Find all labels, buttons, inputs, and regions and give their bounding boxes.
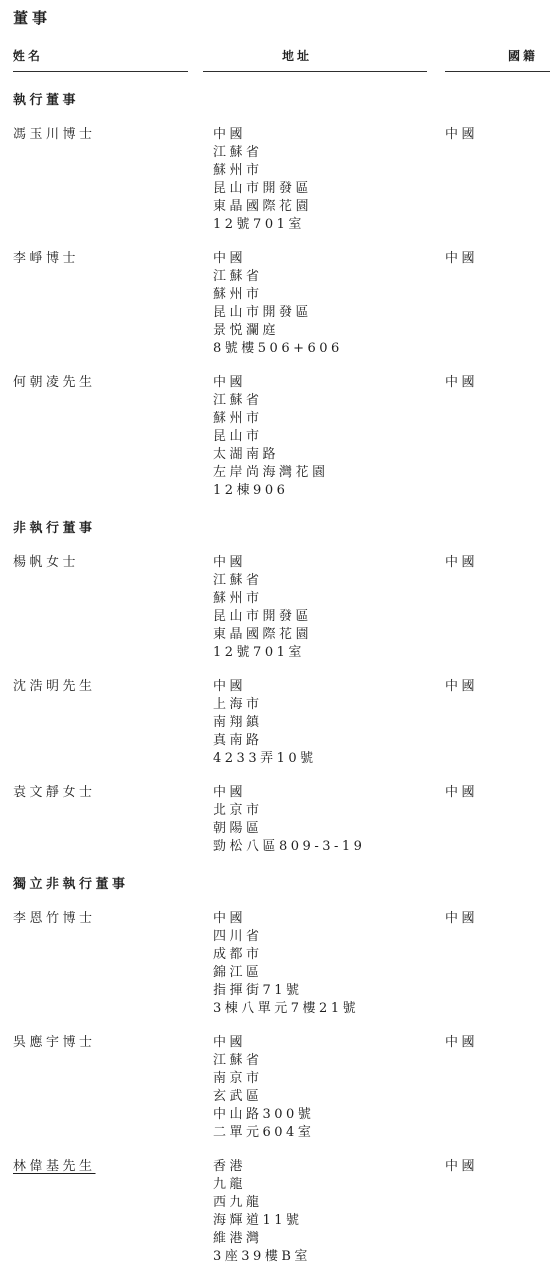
director-row: 楊帆女士 中國江蘇省蘇州市昆山市開發區東晶國際花園12號701室 中國: [13, 554, 550, 662]
address-line: 錦江區: [213, 964, 445, 982]
director-name: 袁文靜女士: [13, 784, 203, 856]
director-row: 林偉基先生 香港九龍西九龍海輝道11號維港灣3座39樓B室 中國: [13, 1158, 550, 1266]
address-line: 北京市: [213, 802, 445, 820]
address-line: 維港灣: [213, 1230, 445, 1248]
address-line: 海輝道11號: [213, 1212, 445, 1230]
section-independent-non-executive-directors: 獨立非執行董事 李恩竹博士 中國四川省成都市錦江區指揮街71號3棟八單元7樓21…: [13, 876, 550, 1266]
address-line: 昆山市開發區: [213, 180, 445, 198]
address-line: 中山路300號: [213, 1106, 445, 1124]
section-heading: 非執行董事: [13, 520, 550, 538]
address-line: 蘇州市: [213, 590, 445, 608]
address-line: 江蘇省: [213, 392, 445, 410]
section-heading: 執行董事: [13, 92, 550, 110]
director-address: 中國江蘇省南京市玄武區中山路300號二單元604室: [203, 1034, 445, 1142]
director-nationality: 中國: [445, 250, 550, 358]
director-nationality: 中國: [445, 1158, 550, 1266]
director-address: 中國江蘇省蘇州市昆山市開發區景悦瀾庭8號樓506+606: [203, 250, 445, 358]
address-line: 江蘇省: [213, 268, 445, 286]
director-name: 李恩竹博士: [13, 910, 203, 1018]
address-line: 中國: [213, 1034, 445, 1052]
directors-page: 董事 姓名 地址 國籍 執行董事 馮玉川博士 中國江蘇省蘇州市昆山市開發區東晶國…: [0, 0, 550, 1266]
table-header: 姓名 地址 國籍: [13, 47, 550, 72]
column-header-address: 地址: [203, 47, 427, 72]
address-line: 東晶國際花園: [213, 626, 445, 644]
director-row: 袁文靜女士 中國北京市朝陽區勁松八區809-3-19 中國: [13, 784, 550, 856]
director-row: 何朝凌先生 中國江蘇省蘇州市昆山市太湖南路左岸尚海灣花園12棟906 中國: [13, 374, 550, 500]
address-line: 3棟八單元7樓21號: [213, 1000, 445, 1018]
address-line: 中國: [213, 250, 445, 268]
director-address: 中國上海市南翔鎮真南路4233弄10號: [203, 678, 445, 768]
address-line: 景悦瀾庭: [213, 322, 445, 340]
director-row: 吳應宇博士 中國江蘇省南京市玄武區中山路300號二單元604室 中國: [13, 1034, 550, 1142]
address-line: 昆山市開發區: [213, 608, 445, 626]
director-name: 沈浩明先生: [13, 678, 203, 768]
column-header-nationality: 國籍: [445, 47, 550, 72]
director-nationality: 中國: [445, 784, 550, 856]
column-header-name: 姓名: [13, 47, 188, 72]
address-line: 12號701室: [213, 216, 445, 234]
section-non-executive-directors: 非執行董事 楊帆女士 中國江蘇省蘇州市昆山市開發區東晶國際花園12號701室 中…: [13, 520, 550, 856]
address-line: 中國: [213, 554, 445, 572]
address-line: 蘇州市: [213, 162, 445, 180]
address-line: 江蘇省: [213, 1052, 445, 1070]
address-line: 四川省: [213, 928, 445, 946]
address-line: 二單元604室: [213, 1124, 445, 1142]
director-name: 馮玉川博士: [13, 126, 203, 234]
address-line: 12棟906: [213, 482, 445, 500]
address-line: 勁松八區809-3-19: [213, 838, 445, 856]
address-line: 中國: [213, 126, 445, 144]
director-row: 馮玉川博士 中國江蘇省蘇州市昆山市開發區東晶國際花園12號701室 中國: [13, 126, 550, 234]
address-line: 玄武區: [213, 1088, 445, 1106]
director-name: 李崢博士: [13, 250, 203, 358]
address-line: 江蘇省: [213, 144, 445, 162]
director-address: 中國北京市朝陽區勁松八區809-3-19: [203, 784, 445, 856]
address-line: 朝陽區: [213, 820, 445, 838]
address-line: 昆山市開發區: [213, 304, 445, 322]
address-line: 九龍: [213, 1176, 445, 1194]
address-line: 中國: [213, 910, 445, 928]
address-line: 上海市: [213, 696, 445, 714]
director-nationality: 中國: [445, 374, 550, 500]
address-line: 中國: [213, 678, 445, 696]
address-line: 真南路: [213, 732, 445, 750]
page-title: 董事: [13, 9, 550, 27]
address-line: 東晶國際花園: [213, 198, 445, 216]
address-line: 昆山市: [213, 428, 445, 446]
director-address: 中國江蘇省蘇州市昆山市開發區東晶國際花園12號701室: [203, 554, 445, 662]
address-line: 太湖南路: [213, 446, 445, 464]
address-line: 蘇州市: [213, 410, 445, 428]
director-nationality: 中國: [445, 910, 550, 1018]
director-address: 中國江蘇省蘇州市昆山市開發區東晶國際花園12號701室: [203, 126, 445, 234]
director-name: 楊帆女士: [13, 554, 203, 662]
address-line: 左岸尚海灣花園: [213, 464, 445, 482]
address-line: 南翔鎮: [213, 714, 445, 732]
director-nationality: 中國: [445, 1034, 550, 1142]
address-line: 香港: [213, 1158, 445, 1176]
address-line: 西九龍: [213, 1194, 445, 1212]
address-line: 中國: [213, 784, 445, 802]
address-line: 8號樓506+606: [213, 340, 445, 358]
section-executive-directors: 執行董事 馮玉川博士 中國江蘇省蘇州市昆山市開發區東晶國際花園12號701室 中…: [13, 92, 550, 500]
address-line: 蘇州市: [213, 286, 445, 304]
address-line: 中國: [213, 374, 445, 392]
address-line: 3座39樓B室: [213, 1248, 445, 1266]
address-line: 江蘇省: [213, 572, 445, 590]
address-line: 指揮街71號: [213, 982, 445, 1000]
director-name: 吳應宇博士: [13, 1034, 203, 1142]
director-nationality: 中國: [445, 126, 550, 234]
address-line: 4233弄10號: [213, 750, 445, 768]
director-row: 李崢博士 中國江蘇省蘇州市昆山市開發區景悦瀾庭8號樓506+606 中國: [13, 250, 550, 358]
director-name: 何朝凌先生: [13, 374, 203, 500]
director-name: 林偉基先生: [13, 1158, 203, 1266]
section-heading: 獨立非執行董事: [13, 876, 550, 894]
director-row: 李恩竹博士 中國四川省成都市錦江區指揮街71號3棟八單元7樓21號 中國: [13, 910, 550, 1018]
director-nationality: 中國: [445, 678, 550, 768]
address-line: 南京市: [213, 1070, 445, 1088]
director-address: 中國江蘇省蘇州市昆山市太湖南路左岸尚海灣花園12棟906: [203, 374, 445, 500]
director-address: 中國四川省成都市錦江區指揮街71號3棟八單元7樓21號: [203, 910, 445, 1018]
director-row: 沈浩明先生 中國上海市南翔鎮真南路4233弄10號 中國: [13, 678, 550, 768]
address-line: 12號701室: [213, 644, 445, 662]
director-address: 香港九龍西九龍海輝道11號維港灣3座39樓B室: [203, 1158, 445, 1266]
address-line: 成都市: [213, 946, 445, 964]
director-nationality: 中國: [445, 554, 550, 662]
